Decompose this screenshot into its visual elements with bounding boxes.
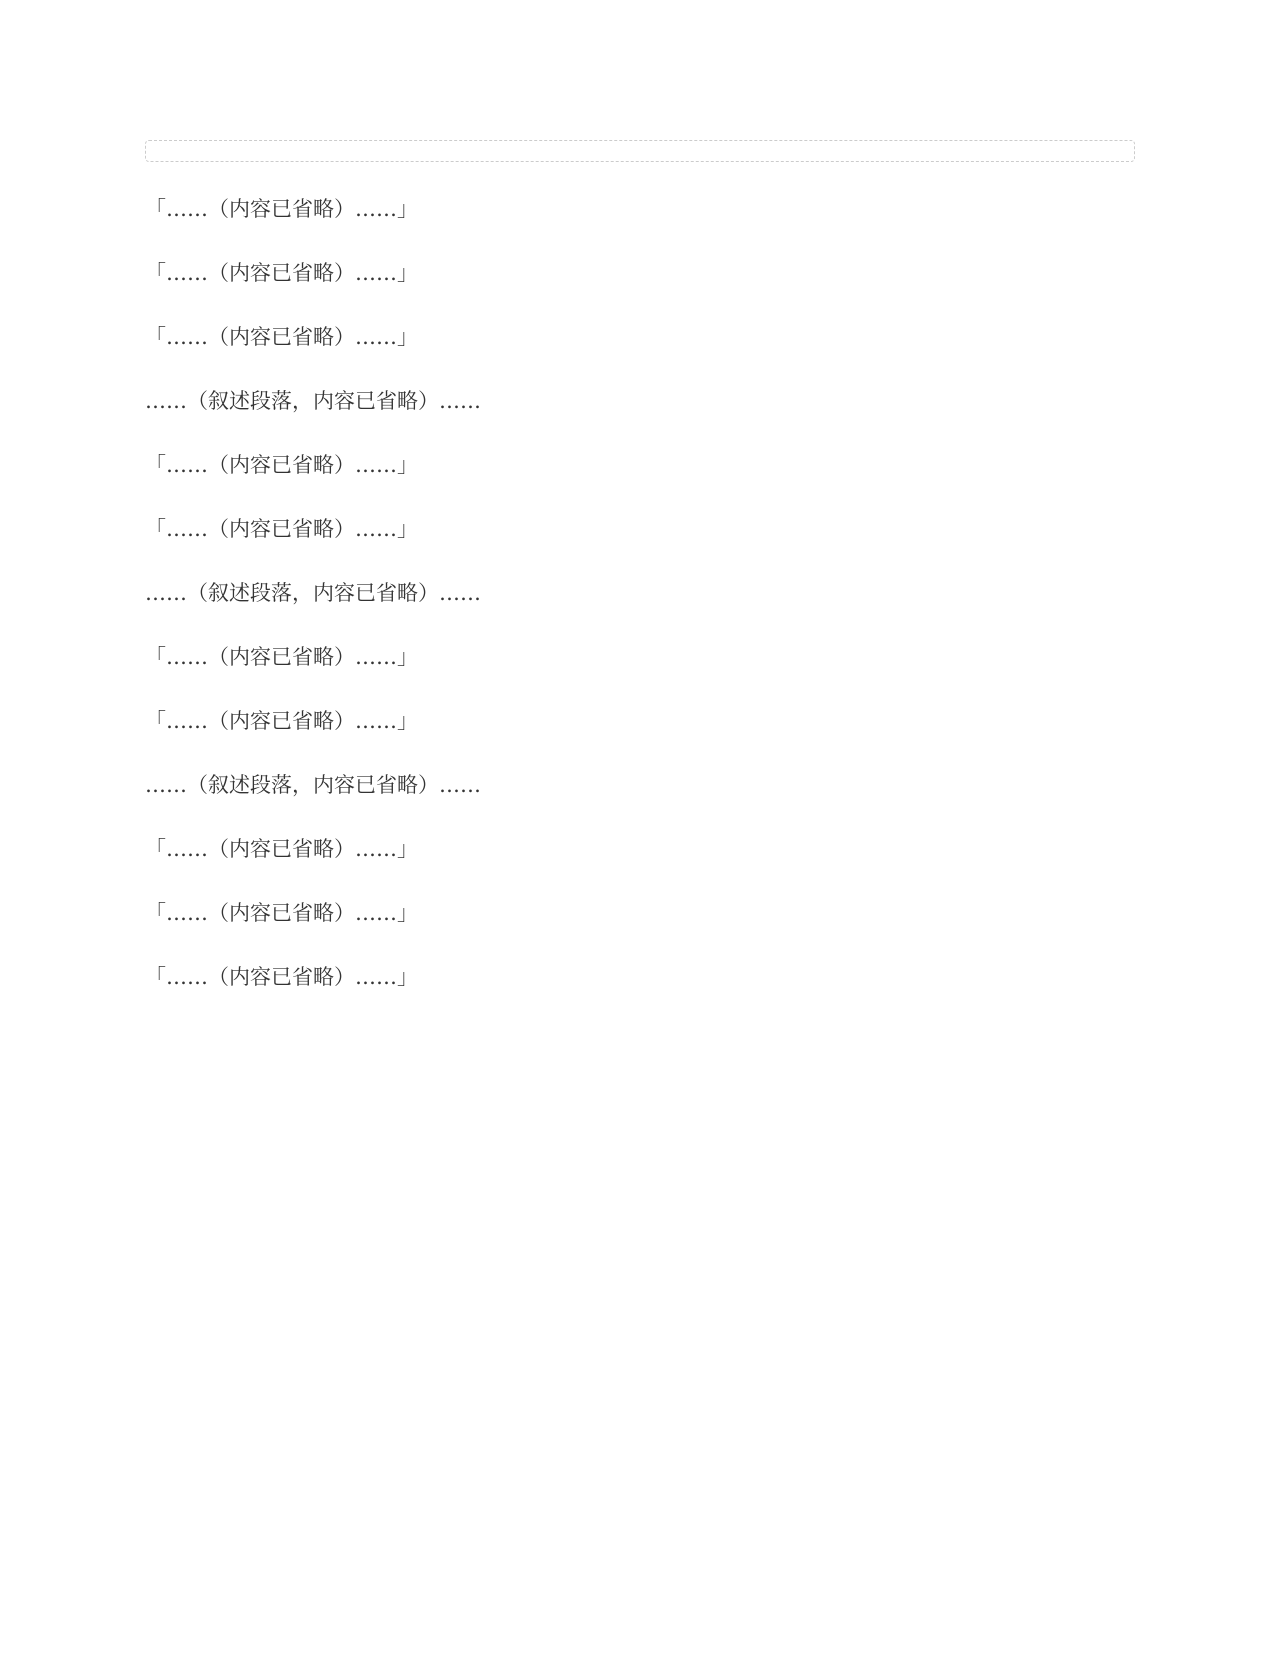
text-body: 「……（内容已省略）……」「……（内容已省略）……」「……（内容已省略）……」…… [145,192,1135,994]
dialogue-paragraph: 「……（内容已省略）……」 [145,192,1135,226]
dialogue-paragraph: 「……（内容已省略）……」 [145,512,1135,546]
narration-paragraph: ……（叙述段落，内容已省略）…… [145,384,1135,418]
dialogue-paragraph: 「……（内容已省略）……」 [145,896,1135,930]
dialogue-paragraph: 「……（内容已省略）……」 [145,960,1135,994]
narration-paragraph: ……（叙述段落，内容已省略）…… [145,576,1135,610]
dialogue-paragraph: 「……（内容已省略）……」 [145,320,1135,354]
dialogue-paragraph: 「……（内容已省略）……」 [145,640,1135,674]
dialogue-paragraph: 「……（内容已省略）……」 [145,448,1135,482]
dialogue-paragraph: 「……（内容已省略）……」 [145,832,1135,866]
redaction-notice [145,140,1135,162]
narration-paragraph: ……（叙述段落，内容已省略）…… [145,768,1135,802]
document-page: 「……（内容已省略）……」「……（内容已省略）……」「……（内容已省略）……」…… [0,0,1280,1656]
dialogue-paragraph: 「……（内容已省略）……」 [145,704,1135,738]
dialogue-paragraph: 「……（内容已省略）……」 [145,256,1135,290]
